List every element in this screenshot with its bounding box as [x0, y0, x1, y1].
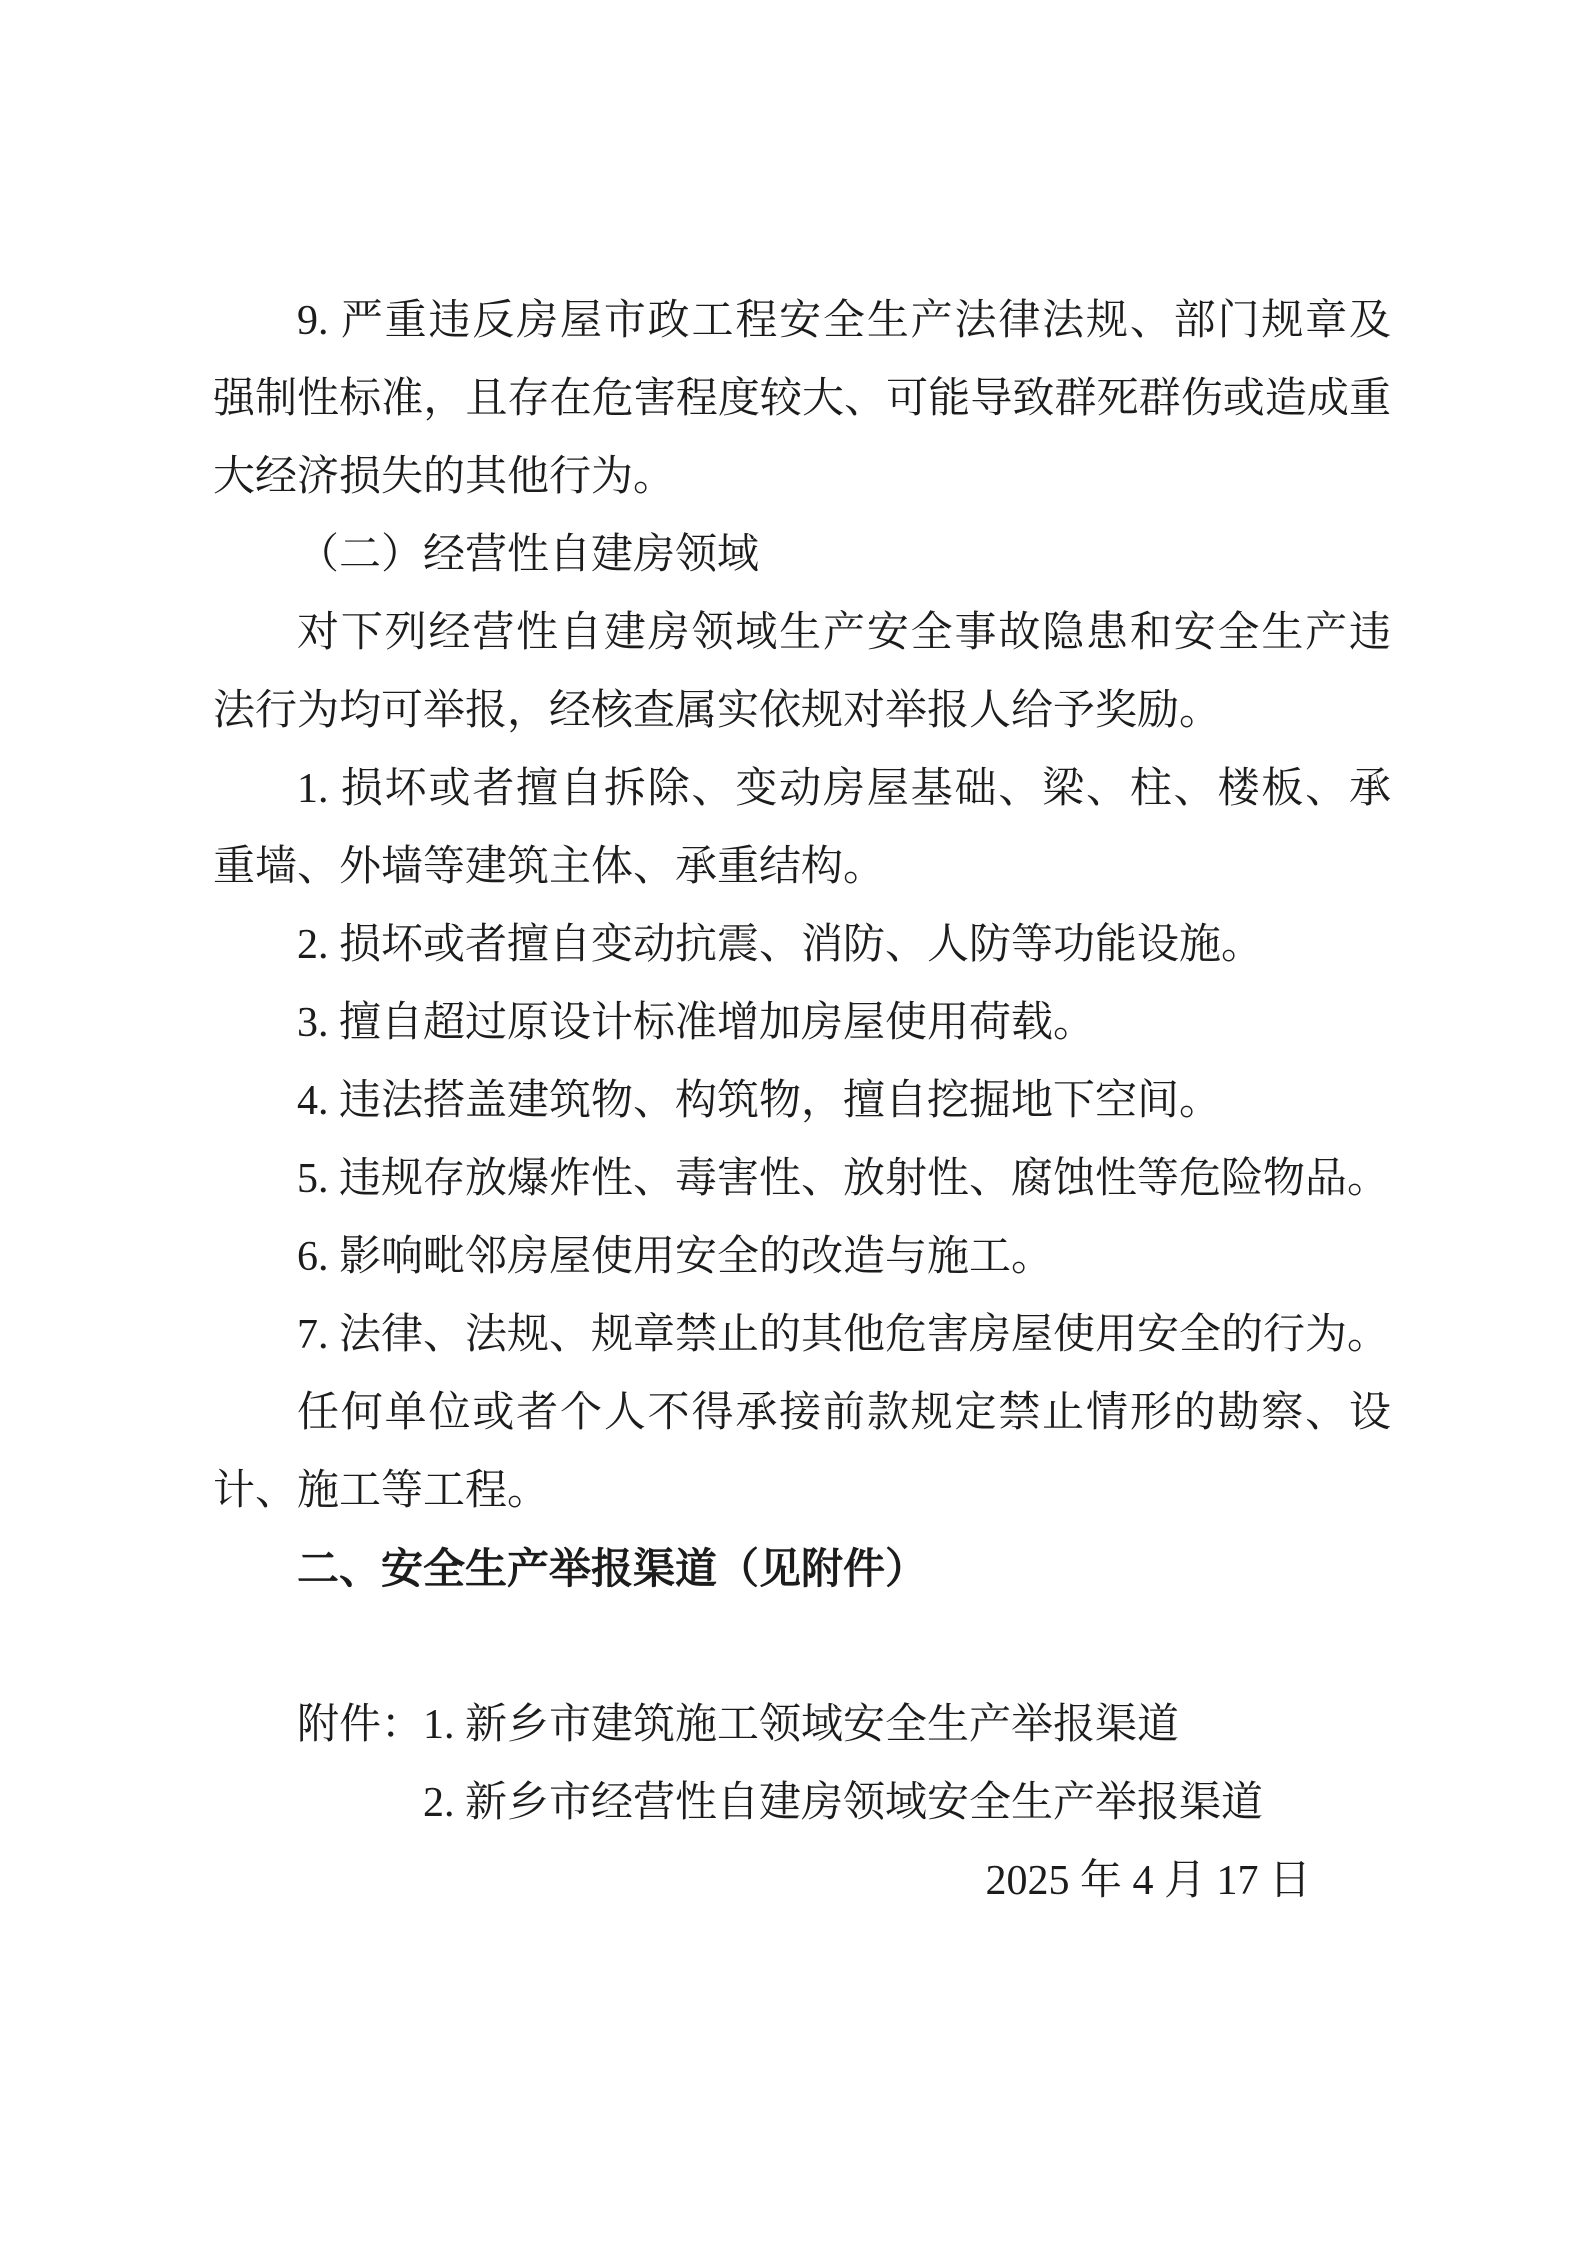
doc-line: 计、施工等工程。 [213, 1452, 1391, 1530]
attachment-list-line: 2. 新乡市经营性自建房领域安全生产举报渠道 [213, 1764, 1391, 1842]
doc-line: 9. 严重违反房屋市政工程安全生产法律法规、部门规章及 [213, 282, 1391, 360]
doc-line: 2. 损坏或者擅自变动抗震、消防、人防等功能设施。 [213, 906, 1391, 984]
doc-line: 法行为均可举报，经核查属实依规对举报人给予奖励。 [213, 672, 1391, 750]
blank-line [213, 1608, 1391, 1686]
doc-line: 5. 违规存放爆炸性、毒害性、放射性、腐蚀性等危险物品。 [213, 1140, 1391, 1218]
doc-line: 6. 影响毗邻房屋使用安全的改造与施工。 [213, 1218, 1391, 1296]
doc-line: 3. 擅自超过原设计标准增加房屋使用荷载。 [213, 984, 1391, 1062]
document-text-block: 9. 严重违反房屋市政工程安全生产法律法规、部门规章及 强制性标准，且存在危害程… [213, 282, 1391, 1920]
doc-line: 1. 损坏或者擅自拆除、变动房屋基础、梁、柱、楼板、承 [213, 750, 1391, 828]
date-line: 2025 年 4 月 17 日 [213, 1842, 1391, 1920]
subsection-heading: （二）经营性自建房领域 [213, 516, 1391, 594]
doc-line: 大经济损失的其他行为。 [213, 438, 1391, 516]
attachment-list-line: 附件：1. 新乡市建筑施工领域安全生产举报渠道 [213, 1686, 1391, 1764]
doc-line: 4. 违法搭盖建筑物、构筑物，擅自挖掘地下空间。 [213, 1062, 1391, 1140]
doc-line: 对下列经营性自建房领域生产安全事故隐患和安全生产违 [213, 594, 1391, 672]
doc-line: 任何单位或者个人不得承接前款规定禁止情形的勘察、设 [213, 1374, 1391, 1452]
doc-line: 7. 法律、法规、规章禁止的其他危害房屋使用安全的行为。 [213, 1296, 1391, 1374]
doc-line: 重墙、外墙等建筑主体、承重结构。 [213, 828, 1391, 906]
section-heading: 二、安全生产举报渠道（见附件） [213, 1530, 1391, 1608]
doc-line: 强制性标准，且存在危害程度较大、可能导致群死群伤或造成重 [213, 360, 1391, 438]
document-page: 9. 严重违反房屋市政工程安全生产法律法规、部门规章及 强制性标准，且存在危害程… [0, 0, 1587, 2245]
